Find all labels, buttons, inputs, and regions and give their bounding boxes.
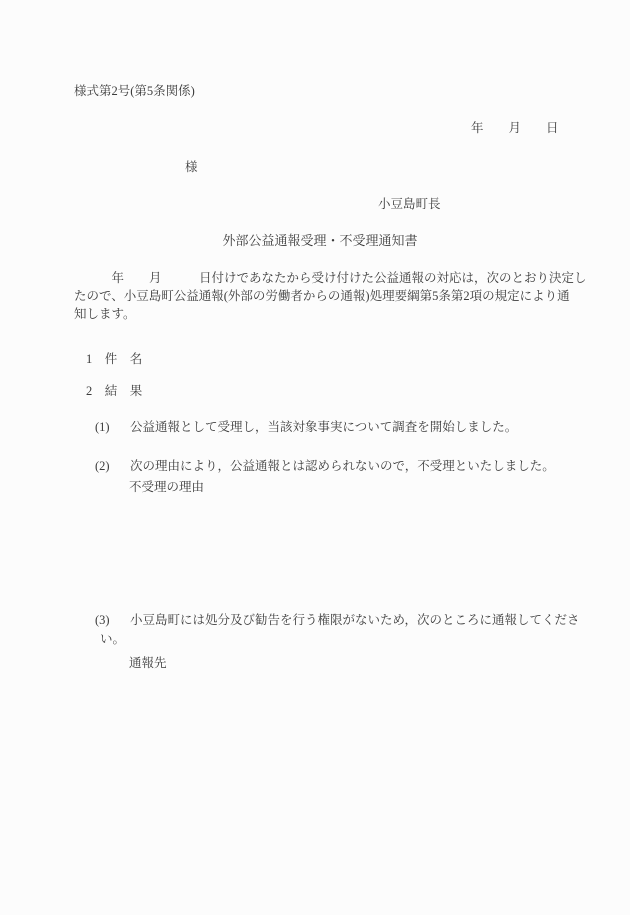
result-2-number: (2) xyxy=(95,458,110,474)
date-blank-line: 年 月 日 xyxy=(471,120,559,136)
result-1-number: (1) xyxy=(95,419,110,435)
section-2-result-heading: 2 結 果 xyxy=(86,383,142,399)
document-page: 様式第2号(第5条関係) 年 月 日 様 小豆島町長 外部公益通報受理・不受理通… xyxy=(0,0,630,915)
body-paragraph-line-2: たので、小豆島町公益通報(外部の労働者からの通報)処理要綱第5条第2項の規定によ… xyxy=(74,288,570,304)
body-paragraph-line-1: 年 月 日付けであなたから受け付けた公益通報の対応は，次のとおり決定し xyxy=(74,270,587,286)
sender-name: 小豆島町長 xyxy=(378,196,441,212)
result-3-text-line-1: 小豆島町には処分及び勧告を行う権限がないため，次のところに通報してくださ xyxy=(130,612,580,628)
form-number-label: 様式第2号(第5条関係) xyxy=(74,83,195,99)
body-paragraph-line-3: 知します。 xyxy=(74,306,136,322)
result-3-text-line-2: い。 xyxy=(100,631,125,647)
result-3-number: (3) xyxy=(95,612,110,628)
section-1-subject-heading: 1 件 名 xyxy=(86,351,142,367)
result-1-text: 公益通報として受理し，当該対象事実について調査を開始しました。 xyxy=(130,419,517,435)
addressee-honorific: 様 xyxy=(185,159,198,175)
report-destination-label: 通報先 xyxy=(129,655,167,671)
rejection-reason-label: 不受理の理由 xyxy=(129,479,204,495)
result-2-text: 次の理由により，公益通報とは認められないので，不受理といたしました。 xyxy=(130,458,555,474)
document-title: 外部公益通報受理・不受理通知書 xyxy=(0,232,630,249)
